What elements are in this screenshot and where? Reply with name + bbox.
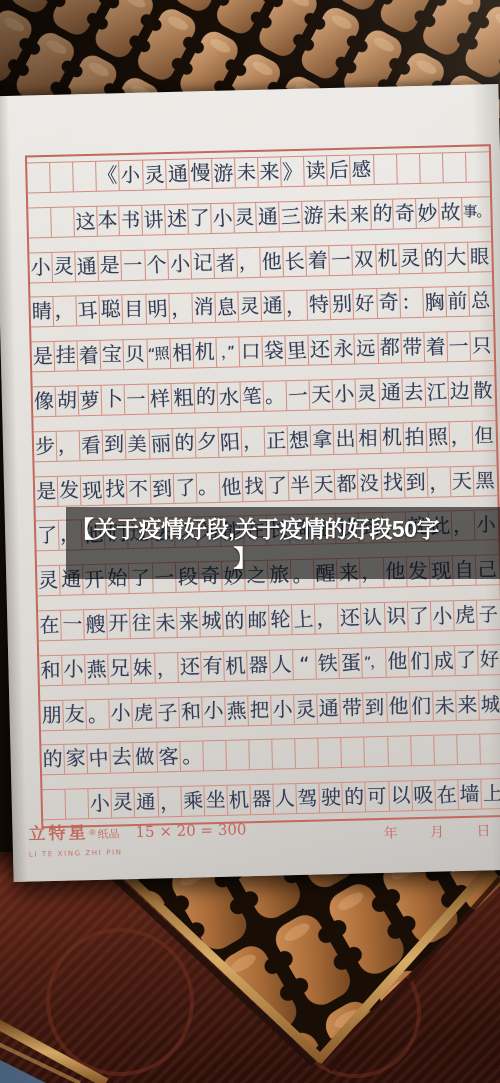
day-label: 日: [476, 823, 490, 839]
grid-row: 和小燕兄妹，还有机器人“铁蛋”，他们成了好: [39, 644, 500, 686]
grid-cell: 了: [173, 473, 197, 503]
grid-cell: 奇: [377, 289, 401, 319]
grid-cell: 明: [146, 294, 170, 324]
grid-cell: [28, 208, 52, 238]
grid-cell: 天: [450, 466, 474, 496]
grid-cell: 轮: [269, 605, 293, 635]
grid-cell: 小: [29, 252, 53, 282]
grid-cell: 只: [470, 331, 494, 361]
grid-cell: ，: [427, 467, 451, 497]
date-fields: 年 月 日: [355, 820, 490, 843]
grid-cell: 灵: [52, 252, 76, 282]
grid-cell: 别: [331, 290, 355, 320]
grid-cell: 小: [202, 696, 226, 726]
grid-cell: 水: [217, 382, 241, 412]
grid-row: 睛，耳聪目明，消息灵通，特别好奇：胸前总: [30, 286, 493, 328]
photo-scene: 《小灵通慢游未来》读后感这本书讲述了小灵通三游未来的奇妙故事。小灵通是一个小记者…: [0, 0, 500, 1083]
grid-cell: 兄: [108, 654, 132, 684]
grid-cell: [434, 736, 458, 766]
grid-row: 是发现找不到了。他找了半天都没找到，天黑: [35, 465, 498, 507]
grid-cell: 燕: [85, 654, 109, 684]
grid-cell: 散: [471, 376, 495, 406]
grid-cell: 去: [402, 378, 426, 408]
grid-cell: 相: [170, 339, 194, 369]
grid-cell: 丽: [149, 429, 173, 459]
grid-cell: 三: [279, 202, 303, 232]
grid-cell: 吸: [412, 781, 436, 811]
grid-cell: 驶: [320, 783, 344, 813]
grid-cell: 不: [127, 474, 151, 504]
grid-cell: 步: [34, 432, 58, 462]
grid-cell: 一: [287, 381, 311, 411]
grid-cell: 的: [343, 783, 367, 813]
grid-cell: 消: [192, 293, 216, 323]
grid-cell: 妹: [132, 653, 156, 683]
grid-cell: 着: [306, 246, 330, 276]
grid-cell: 他: [220, 472, 244, 502]
grid-cell: 萝: [79, 386, 103, 416]
grid-cell: 小: [333, 380, 357, 410]
grid-cell: [50, 162, 74, 192]
grid-cell: ，: [237, 247, 261, 277]
grid-cell: 通: [261, 292, 285, 322]
grid-cell: 。: [180, 742, 204, 772]
grid-cell: 上: [481, 779, 500, 809]
grid-cell: [51, 207, 75, 237]
grid-cell: [318, 738, 342, 768]
grid-cell: 还: [309, 335, 333, 365]
writing-grid: 《小灵通慢游未来》读后感这本书讲述了小灵通三游未来的奇妙故事。小灵通是一个小记者…: [25, 144, 500, 828]
grid-row: 朋友。小虎子和小燕把小灵通带到他们未来城: [40, 689, 500, 731]
grid-cell: [42, 790, 66, 820]
grid-cell: 黑: [474, 466, 498, 496]
grid-cell: ，: [158, 787, 182, 817]
grid-cell: 述: [165, 204, 189, 234]
grid-row: 像胡萝卜一样粗的水笔。一天小灵通去江边散: [33, 375, 496, 417]
grid-cell: 正: [265, 426, 289, 456]
grid-cell: 耳: [77, 296, 101, 326]
grid-cell: 大: [445, 242, 469, 272]
grid-cell: 子: [156, 698, 180, 728]
grid-cell: 艘: [84, 610, 108, 640]
grid-cell: 宝: [101, 340, 125, 370]
grid-cell: 了: [266, 471, 290, 501]
grid-cell: 来: [258, 157, 282, 187]
grid-cell: 乘: [181, 787, 205, 817]
grid-cell: 睛: [30, 297, 54, 327]
grid-cell: 是: [35, 476, 59, 506]
grid-cell: 机: [193, 338, 217, 368]
grid-cell: 小: [211, 203, 235, 233]
grid-cell: 带: [340, 693, 364, 723]
grid-cell: 的: [422, 243, 446, 273]
grid-cell: [66, 789, 90, 819]
grid-cell: 感: [350, 155, 374, 185]
grid-cell: ，: [53, 297, 77, 327]
grid-cell: 到: [404, 467, 428, 497]
grid-cell: 家: [64, 745, 88, 775]
grid-cell: 可: [366, 782, 390, 812]
grid-cell: ，: [169, 294, 193, 324]
brand-block: 立特星®纸品15 × 20 = 300 LI TE XING ZHI PIN: [28, 820, 247, 863]
grid-cell: 事。: [462, 197, 491, 227]
grid-cell: 但: [472, 421, 496, 451]
grid-cell: 们: [409, 647, 433, 677]
grid-cell: 挂: [55, 342, 79, 372]
grid-cell: 一: [122, 250, 146, 280]
grid-cell: 了: [408, 602, 432, 632]
grid-cell: 卜: [102, 385, 126, 415]
grid-cell: 他: [260, 247, 284, 277]
grid-cell: 的: [223, 606, 247, 636]
grid-cell: 器: [250, 785, 274, 815]
grid-cell: 着: [78, 341, 102, 371]
grid-cell: 书: [120, 205, 144, 235]
grid-cell: 出: [334, 424, 358, 454]
grid-cell: 小: [110, 699, 134, 729]
grid-row: 《小灵通慢游未来》读后感: [27, 151, 490, 193]
grid-cell: ，: [449, 421, 473, 451]
grid-cell: 人: [270, 650, 294, 680]
grid-cell: 未: [235, 158, 259, 188]
grid-cell: 照: [426, 422, 450, 452]
grid-cell: 城: [479, 690, 500, 720]
grid-cell: 灵: [112, 788, 136, 818]
grid-cell: [397, 154, 421, 184]
grid-cell: 还: [338, 603, 362, 633]
grid-cell: 阳: [218, 427, 242, 457]
grid-cell: 样: [148, 384, 172, 414]
grid-cell: 客: [157, 742, 181, 772]
grid-cell: 器: [247, 650, 271, 680]
grid-cell: 像: [33, 387, 57, 417]
month-label: 月: [430, 825, 444, 841]
grid-cell: 通: [317, 694, 341, 724]
grid-cell: 小: [271, 695, 295, 725]
grid-cell: [457, 735, 481, 765]
grid-cell: 永: [332, 335, 356, 365]
grid-cell: 铁: [316, 649, 340, 679]
grid-cell: 灵: [399, 243, 423, 273]
grid-cell: 游: [302, 201, 326, 231]
grid-cell: 找: [104, 475, 128, 505]
grid-cell: 拍: [403, 423, 427, 453]
grid-capacity-label: 15 × 20 = 300: [135, 820, 246, 841]
grid-cell: 胡: [56, 386, 80, 416]
grid-cell: 通: [75, 251, 99, 281]
grid-cell: 笔: [240, 382, 264, 412]
grid-cell: 小: [168, 249, 192, 279]
grid-cell: 都: [335, 469, 359, 499]
grid-cell: 远: [355, 334, 379, 364]
grid-cell: 天: [310, 380, 334, 410]
year-label: 年: [384, 826, 398, 842]
grid-cell: 目: [123, 295, 147, 325]
grid-cell: 半: [289, 470, 313, 500]
grid-cell: [27, 163, 51, 193]
grid-cell: [466, 152, 490, 182]
grid-cell: 找: [243, 471, 267, 501]
grid-cell: 一: [61, 610, 85, 640]
grid-cell: 粗: [171, 383, 195, 413]
grid-cell: 成: [432, 646, 456, 676]
grid-cell: [342, 738, 366, 768]
grid-cell: 总: [469, 287, 493, 317]
grid-cell: 把: [248, 695, 272, 725]
grid-cell: 通: [166, 160, 190, 190]
grid-cell: 江: [425, 377, 449, 407]
grid-cell: 长: [283, 246, 307, 276]
grid-cell: 的: [41, 745, 65, 775]
grid-cell: 。: [86, 699, 110, 729]
grid-cell: 虎: [454, 601, 478, 631]
grid-cell: ”，: [362, 648, 386, 678]
grid-cell: “照: [147, 339, 171, 369]
grid-cell: 带: [401, 333, 425, 363]
grid-cell: 以: [389, 781, 413, 811]
grid-cell: 中: [88, 744, 112, 774]
grid-row: 步，看到美丽的夕阳，正想拿出相机拍照，但: [34, 420, 497, 462]
grid-cell: 游: [212, 158, 236, 188]
grid-cell: 通: [135, 788, 159, 818]
grid-cell: [420, 153, 444, 183]
grid-cell: 蛋: [339, 648, 363, 678]
grid-cell: ，”: [216, 338, 240, 368]
grid-cell: 美: [126, 429, 150, 459]
brand-type-label: 纸品: [97, 827, 119, 841]
grid-cell: 小: [119, 161, 143, 191]
grid-cell: 的: [194, 383, 218, 413]
grid-cell: 友: [63, 700, 87, 730]
grid-row: 小灵通是一个小记者，他长着一双机灵的大眼: [29, 241, 492, 283]
grid-cell: 机: [380, 423, 404, 453]
grid-cell: 记: [191, 249, 215, 279]
grid-cell: 都: [378, 334, 402, 364]
grid-cell: 。: [264, 381, 288, 411]
grid-cell: 发: [58, 476, 82, 506]
grid-cell: [388, 737, 412, 767]
grid-cell: 里: [286, 336, 310, 366]
grid-cell: 息: [215, 293, 239, 323]
grid-cell: 未: [325, 200, 349, 230]
grid-cell: 墙: [458, 780, 482, 810]
grid-cell: 灵: [238, 292, 262, 322]
grid-cell: 在: [435, 780, 459, 810]
grid-cell: ，: [57, 431, 81, 461]
grid-cell: 。: [196, 472, 220, 502]
grid-cell: 这: [74, 207, 98, 237]
grid-cell: 小: [62, 655, 86, 685]
bamboo-mat-bottom-icon: [0, 852, 500, 1083]
grid-cell: 来: [456, 690, 480, 720]
grid-cell: 贝: [124, 340, 148, 370]
grid-cell: 奇: [394, 199, 418, 229]
grid-row: 在一艘开往未来城的邮轮上，还认识了小虎子: [38, 599, 500, 641]
caption-overlay: 【关于疫情好段,关于疫情的好段50字 】: [66, 507, 500, 579]
grid-cell: 故: [439, 198, 463, 228]
grid-cell: 认: [361, 603, 385, 633]
grid-cell: 有: [201, 652, 225, 682]
grid-cell: 一: [330, 245, 354, 275]
grid-cell: 邮: [246, 606, 270, 636]
grid-cell: 一: [447, 332, 471, 362]
grid-cell: 小: [431, 601, 455, 631]
grid-cell: [272, 739, 296, 769]
grid-cell: 灵: [294, 694, 318, 724]
grid-cell: 双: [353, 245, 377, 275]
grid-cell: 到: [150, 474, 174, 504]
grid-cell: [249, 740, 273, 770]
grid-cell: 眼: [468, 242, 492, 272]
grid-cell: [365, 737, 389, 767]
grid-cell: 一: [125, 385, 149, 415]
grid-cell: ，: [284, 291, 308, 321]
grid-cell: 后: [327, 156, 351, 186]
grid-cell: 驾: [296, 784, 320, 814]
grid-cell: 读: [304, 156, 328, 186]
brand-logo: 立特星: [28, 823, 88, 844]
grid-cell: 他: [386, 647, 410, 677]
grid-cell: 找: [381, 468, 405, 498]
grid-cell: 看: [80, 431, 104, 461]
grid-cell: 和: [39, 656, 63, 686]
grid-cell: 聪: [100, 296, 124, 326]
grid-cell: 妙: [416, 198, 440, 228]
grid-cell: 做: [134, 743, 158, 773]
grid-cell: 开: [107, 609, 131, 639]
grid-cell: [411, 736, 435, 766]
grid-cell: [203, 741, 227, 771]
grid-cell: 在: [38, 611, 62, 641]
grid-cell: 着: [424, 332, 448, 362]
grid-cell: 灵: [143, 160, 167, 190]
caption-line1: 【关于疫情好段,关于疫情的好段50字: [66, 514, 500, 544]
grid-cell: 机: [376, 244, 400, 274]
grid-cell: [295, 739, 319, 769]
grid-cell: 是: [99, 251, 123, 281]
grid-cell: 机: [224, 651, 248, 681]
grid-cell: 袋: [262, 336, 286, 366]
grid-cell: 小: [89, 789, 113, 819]
grid-cell: 灵: [234, 203, 258, 233]
grid-cell: 慢: [189, 159, 213, 189]
grid-cell: 本: [97, 206, 121, 236]
grid-cell: 想: [288, 425, 312, 455]
composition-paper: 《小灵通慢游未来》读后感这本书讲述了小灵通三游未来的奇妙故事。小灵通是一个小记者…: [0, 84, 500, 882]
grid-cell: 前: [446, 287, 470, 317]
paper-footer: 立特星®纸品15 × 20 = 300 LI TE XING ZHI PIN 年…: [12, 808, 500, 876]
grid-cell: 胸: [423, 288, 447, 318]
grid-cell: 天: [312, 470, 336, 500]
grid-cell: 人: [273, 784, 297, 814]
grid-cell: 《: [96, 161, 120, 191]
grid-cell: 城: [200, 607, 224, 637]
grid-cell: 个: [145, 250, 169, 280]
grid-cell: 往: [130, 609, 154, 639]
grid-cell: 了: [188, 204, 212, 234]
grid-cell: [374, 154, 398, 184]
grid-cell: 识: [384, 602, 408, 632]
grid-cell: 和: [179, 697, 203, 727]
grid-cell: 现: [81, 475, 105, 505]
registered-mark-icon: ®: [88, 828, 96, 837]
grid-cell: 者: [214, 248, 238, 278]
grid-cell: 的: [172, 428, 196, 458]
grid-cell: 子: [477, 600, 500, 630]
grid-cell: 相: [357, 424, 381, 454]
grid-cell: ，: [155, 653, 179, 683]
grid-cell: 坐: [204, 786, 228, 816]
grid-cell: 了: [455, 645, 479, 675]
grid-cell: 上: [292, 605, 316, 635]
grid-cell: 来: [348, 200, 372, 230]
grid-cell: “: [293, 649, 317, 679]
grid-cell: 》: [281, 157, 305, 187]
grid-cell: ，: [242, 427, 266, 457]
grid-cell: 拿: [311, 425, 335, 455]
grid-cell: 他: [387, 692, 411, 722]
grid-cell: ：: [400, 288, 424, 318]
grid-cell: 还: [178, 652, 202, 682]
grid-cell: 口: [239, 337, 263, 367]
grid-cell: 边: [448, 377, 472, 407]
grid-cell: 机: [227, 785, 251, 815]
grid-cell: [73, 162, 97, 192]
grid-cell: ，: [315, 604, 339, 634]
grid-cell: [226, 741, 250, 771]
grid-cell: 特: [308, 291, 332, 321]
grid-cell: 没: [358, 469, 382, 499]
grid-cell: 未: [154, 608, 178, 638]
grid-cell: 去: [111, 743, 135, 773]
grid-row: 的家中去做客。: [41, 733, 500, 775]
grid-cell: 灵: [356, 379, 380, 409]
caption-line2: 】: [28, 544, 462, 572]
grid-cell: 到: [103, 430, 127, 460]
grid-cell: 通: [257, 202, 281, 232]
grid-row: 这本书讲述了小灵通三游未来的奇妙故事。: [28, 196, 491, 238]
grid-cell: [443, 153, 467, 183]
grid-cell: 好: [354, 289, 378, 319]
grid-cell: 虎: [133, 698, 157, 728]
grid-cell: 的: [371, 199, 395, 229]
grid-cell: 讲: [142, 205, 166, 235]
grid-cell: 好: [478, 645, 500, 675]
grid-cell: 朋: [40, 700, 64, 730]
grid-cell: 来: [177, 607, 201, 637]
grid-cell: 夕: [195, 428, 219, 458]
grid-cell: [480, 734, 500, 764]
grid-row: 是挂着宝贝“照相机，”口袋里还永远都带着一只: [31, 330, 494, 372]
grid-cell: 燕: [225, 696, 249, 726]
grid-cell: 是: [32, 342, 56, 372]
grid-cell: 到: [364, 692, 388, 722]
grid-cell: 通: [379, 378, 403, 408]
grid-cell: 未: [433, 691, 457, 721]
grid-cell: 们: [410, 691, 434, 721]
